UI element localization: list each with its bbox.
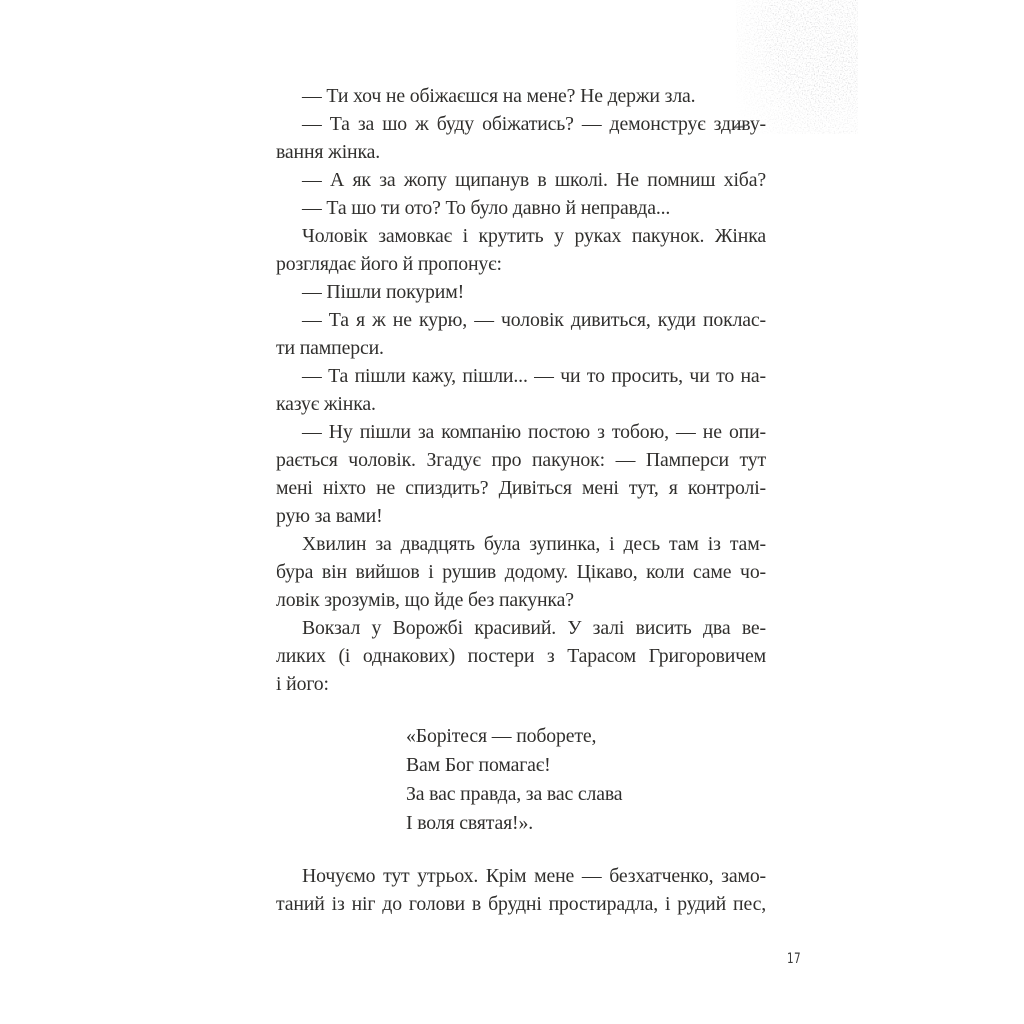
text-line: Ночуємо тут утрьох. Крім мене — безхатче…: [276, 862, 766, 890]
text-line: вання жінка.: [276, 138, 766, 166]
text-line: ловік зрозумів, що йде без пакунка?: [276, 586, 766, 614]
text-line: казує жінка.: [276, 390, 766, 418]
poem-line: За вас правда, за вас слава: [406, 780, 766, 809]
text-line: рую за вами!: [276, 502, 766, 530]
poem-line: І воля святая!».: [406, 809, 766, 838]
text-line: — Та за шо ж буду обіжатись? — демонстру…: [276, 110, 766, 138]
poem-line: «Борітеся — поборете,: [406, 722, 766, 751]
text-line: Вокзал у Ворожбі красивий. У залі висить…: [276, 614, 766, 642]
book-page: — Ти хоч не обіжаєшся на мене? Не держи …: [0, 0, 1024, 1024]
text-line: бура він вийшов і рушив додому. Цікаво, …: [276, 558, 766, 586]
text-line: — Ти хоч не обіжаєшся на мене? Не держи …: [276, 82, 766, 110]
text-line: — Та пішли кажу, пішли... — чи то просит…: [276, 362, 766, 390]
poem-line: Вам Бог помагає!: [406, 751, 766, 780]
text-line: Хвилин за двадцять була зупинка, і десь …: [276, 530, 766, 558]
text-line: — Пішли покурим!: [276, 278, 766, 306]
paragraph: Хвилин за двадцять була зупинка, і десь …: [276, 530, 766, 614]
text-line: Чоловік замовкає і крутить у руках пакун…: [276, 222, 766, 250]
page-text-block: — Ти хоч не обіжаєшся на мене? Не держи …: [276, 82, 766, 918]
paragraph: — А як за жопу щипанув в школі. Не помни…: [276, 166, 766, 194]
paragraph: — Та я ж не курю, — чоловік дивиться, ку…: [276, 306, 766, 362]
text-line: — Та я ж не курю, — чоловік дивиться, ку…: [276, 306, 766, 334]
poem-quote: «Борітеся — поборете, Вам Бог помагає! З…: [406, 722, 766, 838]
paragraph: Ночуємо тут утрьох. Крім мене — безхатче…: [276, 862, 766, 918]
paragraph: — Ну пішли за компанію постою з тобою, —…: [276, 418, 766, 530]
text-line: — А як за жопу щипанув в школі. Не помни…: [276, 166, 766, 194]
page-number: 17: [784, 951, 804, 967]
paragraph: — Ти хоч не обіжаєшся на мене? Не держи …: [276, 82, 766, 110]
text-line: і його:: [276, 670, 766, 698]
text-line: мені ніхто не спиздить? Дивіться мені ту…: [276, 474, 766, 502]
text-line: — Та шо ти ото? То було давно й неправда…: [276, 194, 766, 222]
paragraph: — Та пішли кажу, пішли... — чи то просит…: [276, 362, 766, 418]
paragraph: Вокзал у Ворожбі красивий. У залі висить…: [276, 614, 766, 698]
paragraph: — Та за шо ж буду обіжатись? — демонстру…: [276, 110, 766, 166]
text-line: таний із ніг до голови в брудні простира…: [276, 890, 766, 918]
text-line: ти памперси.: [276, 334, 766, 362]
paragraph: — Та шо ти ото? То було давно й неправда…: [276, 194, 766, 222]
text-line: рається чоловік. Згадує про пакунок: — П…: [276, 446, 766, 474]
text-line: розглядає його й пропонує:: [276, 250, 766, 278]
text-line: ликих (і однакових) постери з Тарасом Гр…: [276, 642, 766, 670]
text-line: — Ну пішли за компанію постою з тобою, —…: [276, 418, 766, 446]
paragraph: — Пішли покурим!: [276, 278, 766, 306]
paragraph: Чоловік замовкає і крутить у руках пакун…: [276, 222, 766, 278]
